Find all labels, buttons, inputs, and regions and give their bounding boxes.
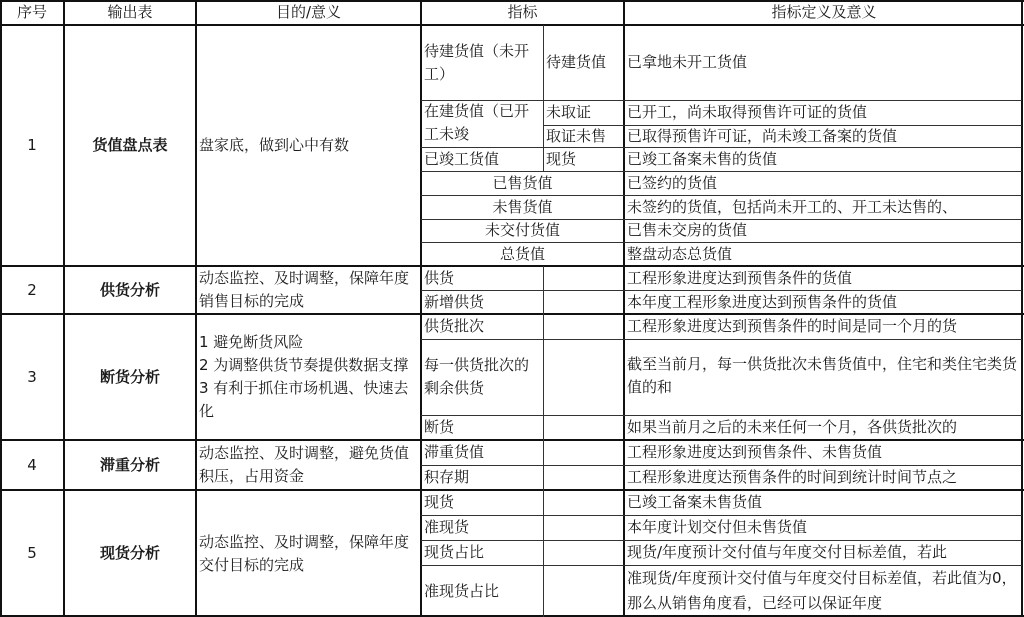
row1-indicator-sub-3: 现货 [543,147,624,171]
header-seq: 序号 [0,0,64,25]
grid-line [543,266,544,314]
row1-definition-3: 已竣工备案未售的货值 [624,147,1024,171]
grid-line [421,147,1022,148]
row1-indicator-sub-1: 未取证 [543,100,624,125]
row2-output-table: 供货分析 [64,266,196,314]
row3-indicator-2: 断货 [421,415,543,440]
row5-indicator-3: 准现货占比 [421,565,543,617]
row1-indicator-main-6: 未交付货值 [421,219,624,242]
row5-definition-3: 准现货/年度预计交付值与年度交付目标差值，若此值为0，那么从销售角度看，已经可以… [624,565,1022,617]
row1-indicator-main-1: 在建货值（已开工未竣 [421,100,543,147]
grid-line [543,125,1022,126]
row3-purpose-line-3: 3 有利于抓住市场机遇、快速去化 [199,377,418,423]
row5-indicator-0: 现货 [421,490,543,515]
row1-indicator-main-0: 待建货值（未开工） [421,25,543,100]
row1-definition-5: 未签约的货值，包括尚未开工的、开工未达售的、 [624,195,1024,219]
grid-line [63,0,65,617]
row5-indicator-2: 现货占比 [421,540,543,565]
row2-indicator-1: 新增供货 [421,290,543,314]
row4-indicator-1: 积存期 [421,465,543,490]
row2-definition-0: 工程形象进度达到预售条件的货值 [624,266,1024,290]
row1-indicator-main-4: 已售货值 [421,171,624,195]
grid-line [421,540,1022,541]
row5-seq: 5 [0,490,64,617]
grid-line [195,0,197,617]
row1-indicator-main-3: 已竣工货值 [421,147,543,171]
row5-definition-1: 本年度计划交付但未售货值 [624,515,1024,540]
grid-line [421,242,1022,243]
row4-definition-0: 工程形象进度达到预售条件、未售货值 [624,440,1024,465]
header-indicator: 指标 [421,0,624,25]
row5-definition-2: 现货/年度预计交付值与年度交付目标差值，若此 [624,540,1024,565]
row5-output-table: 现货分析 [64,490,196,617]
grid-line [421,171,1022,172]
grid-line [0,313,1024,315]
grid-line [421,515,1022,516]
row3-definition-0: 工程形象进度达到预售条件的时间是同一个月的货 [624,314,1024,339]
grid-line [421,465,1022,466]
row1-indicator-sub-0: 待建货值 [543,25,624,100]
grid-line [0,439,1024,441]
grid-line [543,314,544,440]
row1-purpose: 盘家底，做到心中有数 [196,25,421,266]
grid-line [543,25,544,171]
row1-definition-2: 已取得预售许可证，尚未竣工备案的货值 [624,125,1024,147]
row2-definition-1: 本年度工程形象进度达到预售条件的货值 [624,290,1024,314]
row3-definition-1: 截至当前月，每一供货批次未售货值中，住宅和类住宅类货值的和 [624,339,1024,415]
row2-seq: 2 [0,266,64,314]
grid-line [421,565,1022,566]
row3-purpose-line-2: 2 为调整供货节奏提供数据支撑 [199,354,408,377]
grid-line [0,24,1024,26]
grid-line [623,0,625,617]
header-purpose: 目的/意义 [196,0,421,25]
row1-definition-7: 整盘动态总货值 [624,242,1024,266]
row1-indicator-main-7: 总货值 [421,242,624,266]
grid-line [421,100,1022,101]
row3-indicator-1: 每一供货批次的剩余供货 [421,339,543,415]
grid-line [421,339,1022,340]
row1-output-table: 货值盘点表 [64,25,196,266]
row3-purpose-line-1: 1 避免断货风险 [199,331,303,354]
row4-seq: 4 [0,440,64,490]
row1-seq: 1 [0,25,64,266]
row3-indicator-0: 供货批次 [421,314,543,339]
grid-line [421,195,1022,196]
row4-output-table: 滞重分析 [64,440,196,490]
row1-definition-6: 已售未交房的货值 [624,219,1024,242]
grid-line [1021,0,1023,617]
row1-definition-1: 已开工，尚未取得预售许可证的货值 [624,100,1024,125]
grid-line [421,219,1022,220]
row2-purpose: 动态监控、及时调整，保障年度销售目标的完成 [196,266,421,314]
grid-line [543,490,544,617]
grid-line [0,489,1024,491]
grid-line [0,265,1024,267]
row5-definition-0: 已竣工备案未售货值 [624,490,1024,515]
grid-line [421,415,1022,416]
row5-purpose: 动态监控、及时调整，保障年度交付目标的完成 [196,490,421,617]
row3-definition-2: 如果当前月之后的未来任何一个月，各供货批次的 [624,415,1024,440]
row1-definition-4: 已签约的货值 [624,171,1024,195]
grid-line [0,0,2,617]
row1-indicator-main-5: 未售货值 [421,195,624,219]
grid-line [543,440,544,490]
grid-line [421,290,1022,291]
row4-definition-1: 工程形象进度达预售条件的时间到统计时间节点之 [624,465,1024,490]
grid-line [0,0,1024,2]
row1-indicator-sub-2: 取证未售 [543,125,624,147]
row4-purpose: 动态监控、及时调整，避免货值积压，占用资金 [196,440,421,490]
row2-indicator-0: 供货 [421,266,543,290]
row4-indicator-0: 滞重货值 [421,440,543,465]
row3-purpose: 1 避免断货风险 2 为调整供货节奏提供数据支撑 3 有利于抓住市场机遇、快速去… [196,314,421,440]
header-output-table: 输出表 [64,0,196,25]
row3-seq: 3 [0,314,64,440]
row5-indicator-1: 准现货 [421,515,543,540]
grid-line [420,0,422,617]
header-definition: 指标定义及意义 [624,0,1024,25]
row3-output-table: 断货分析 [64,314,196,440]
row1-definition-0: 已拿地未开工货值 [624,25,1024,100]
